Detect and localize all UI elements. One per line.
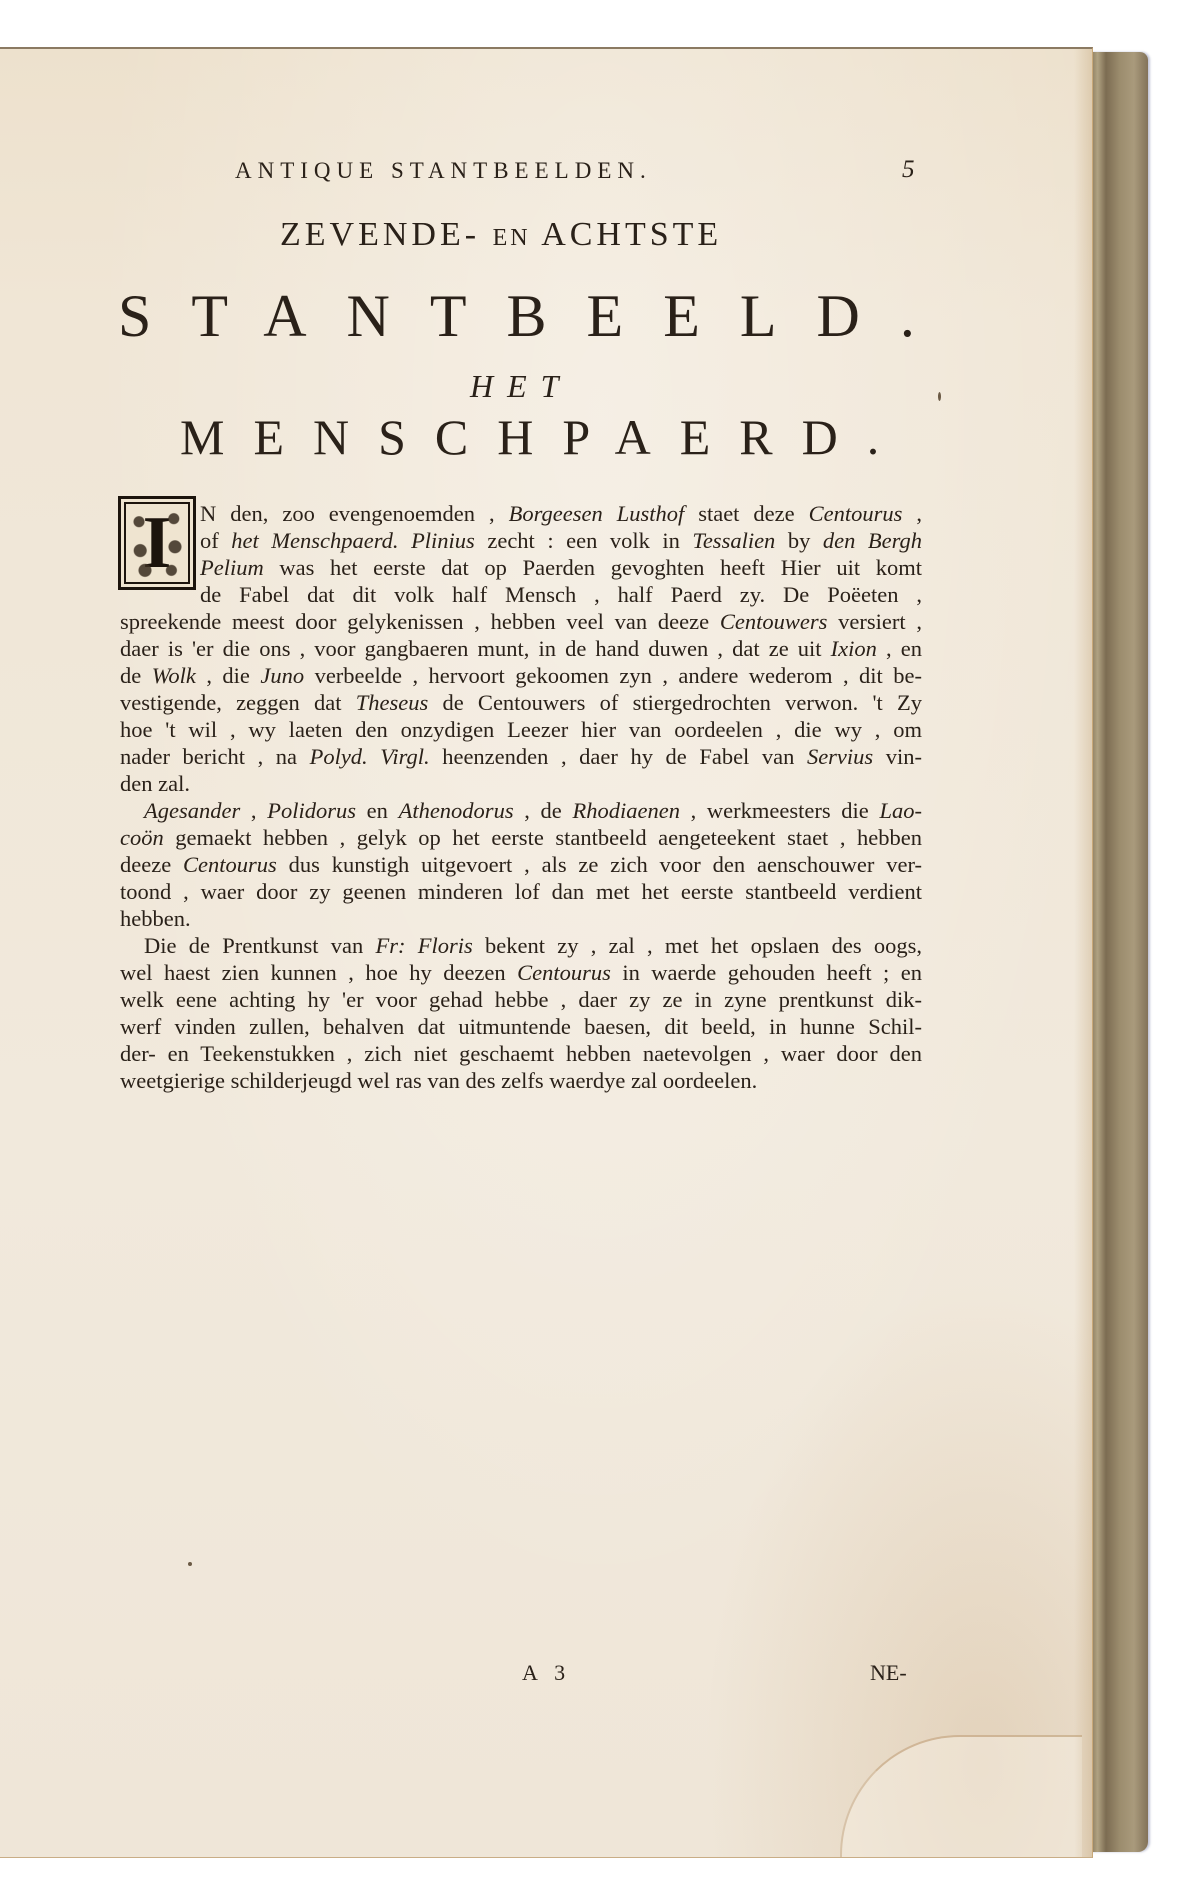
- subtitle-part-3: ACHTSTE: [541, 216, 722, 253]
- text-run: de Centouwers of stiergedrochten verwon.…: [428, 690, 922, 715]
- italic-term: Borgeesen Lusthof: [509, 501, 685, 526]
- text-run: weetgierige schilderjeugd wel ras van de…: [120, 1068, 757, 1093]
- text-run: ,: [240, 798, 267, 823]
- text-run: vin-: [873, 744, 922, 769]
- italic-term: Polyd. Virgl.: [310, 744, 430, 769]
- text-run: werf vinden zullen, behalven dat uitmunt…: [120, 1014, 922, 1039]
- text-line: werf vinden zullen, behalven dat uitmunt…: [120, 1013, 922, 1040]
- text-run: spreekende meest door gelykenissen , heb…: [120, 609, 720, 634]
- text-run: ,: [902, 501, 922, 526]
- text-line: de Wolk , die Juno verbeelde , hervoort …: [120, 662, 922, 689]
- italic-term: Polidorus: [267, 798, 356, 823]
- text-line: Agesander , Polidorus en Athenodorus , d…: [120, 797, 922, 824]
- text-run: , de: [514, 798, 573, 823]
- text-run: wel haest zien kunnen , hoe hy deezen: [120, 960, 517, 985]
- text-run: bekent zy , zal , met het opslaen des oo…: [473, 933, 922, 958]
- italic-term: het Menschpaerd.: [231, 528, 398, 553]
- signature-mark: A 3: [522, 1660, 571, 1686]
- italic-term: Agesander: [144, 798, 240, 823]
- italic-term: Lao-: [879, 798, 922, 823]
- italic-term: Centouwers: [720, 609, 828, 634]
- text-run: in waerde gehouden heeft ; en: [611, 960, 922, 985]
- running-head: ANTIQUE STANTBEELDEN.: [235, 158, 652, 184]
- text-run: der- en Teekenstukken , zich niet gescha…: [120, 1041, 922, 1066]
- italic-term: coön: [120, 825, 164, 850]
- italic-term: Theseus: [356, 690, 429, 715]
- text-run: staet deze: [684, 501, 808, 526]
- text-run: nader bericht , na: [120, 744, 310, 769]
- text-run: toond , waer door zy geenen minderen lof…: [120, 879, 922, 904]
- text-run: daer is 'er die ons , voor gangbaeren mu…: [120, 636, 831, 661]
- text-run: hoe 't wil , wy laeten den onzydigen Lee…: [120, 717, 922, 742]
- subtitle-part-1: ZEVENDE-: [280, 216, 480, 253]
- italic-term: Athenodorus: [399, 798, 514, 823]
- text-run: heenzenden , daer hy de Fabel van: [430, 744, 807, 769]
- text-run: de: [120, 663, 152, 688]
- text-run: , die: [196, 663, 260, 688]
- italic-term: Fr: Floris: [375, 933, 472, 958]
- text-run: N den, zoo evengenoemden ,: [200, 501, 509, 526]
- ink-speck: [938, 392, 941, 401]
- ink-speck: [188, 1562, 192, 1566]
- text-run: hebben.: [120, 906, 191, 931]
- title-sub: MENSCHPAERD.: [180, 408, 960, 466]
- text-run: gemaekt hebben , gelyk op het eerste sta…: [164, 825, 922, 850]
- body-text: N den, zoo evengenoemden , Borgeesen Lus…: [120, 500, 922, 1094]
- text-line: de Fabel dat dit volk half Mensch , half…: [200, 581, 922, 608]
- italic-term: Servius: [807, 744, 873, 769]
- text-run: de Fabel dat dit volk half Mensch , half…: [200, 582, 922, 607]
- text-run: en: [356, 798, 399, 823]
- text-run: [399, 528, 412, 553]
- text-run: of: [200, 528, 231, 553]
- text-line: daer is 'er die ons , voor gangbaeren mu…: [120, 635, 922, 662]
- text-run: was het eerste dat op Paerden gevoghten …: [264, 555, 922, 580]
- text-line: of het Menschpaerd. Plinius zecht : een …: [200, 527, 922, 554]
- italic-term: Centourus: [183, 852, 277, 877]
- italic-term: Plinius: [411, 528, 475, 553]
- italic-term: Wolk: [152, 663, 196, 688]
- italic-term: Centourus: [809, 501, 903, 526]
- text-run: dus kunstigh uitgevoert , als ze zich vo…: [277, 852, 922, 877]
- text-line: N den, zoo evengenoemden , Borgeesen Lus…: [200, 500, 922, 527]
- italic-term: den Bergh: [823, 528, 922, 553]
- text-run: , werkmeesters die: [680, 798, 880, 823]
- text-run: by: [775, 528, 823, 553]
- text-run: verbeelde , hervoort gekoomen zyn , ande…: [304, 663, 922, 688]
- text-line: deeze Centourus dus kunstigh uitgevoert …: [120, 851, 922, 878]
- water-stain: [840, 1735, 1082, 1857]
- text-run: versiert ,: [827, 609, 922, 634]
- text-line: hebben.: [120, 905, 922, 932]
- italic-term: Rhodiaenen: [572, 798, 679, 823]
- title-main: STANTBEELD.: [118, 282, 938, 351]
- text-line: spreekende meest door gelykenissen , heb…: [120, 608, 922, 635]
- text-line: toond , waer door zy geenen minderen lof…: [120, 878, 922, 905]
- italic-term: Pelium: [200, 555, 264, 580]
- italic-term: Tessalien: [692, 528, 775, 553]
- text-run: Die de Prentkunst van: [144, 933, 375, 958]
- text-run: den zal.: [120, 771, 190, 796]
- text-run: zecht : een volk in: [475, 528, 693, 553]
- text-line: nader bericht , na Polyd. Virgl. heenzen…: [120, 743, 922, 770]
- text-line: vestigende, zeggen dat Theseus de Centou…: [120, 689, 922, 716]
- text-line: weetgierige schilderjeugd wel ras van de…: [120, 1067, 922, 1094]
- italic-term: Ixion: [831, 636, 877, 661]
- text-line: den zal.: [120, 770, 922, 797]
- italic-term: Centourus: [517, 960, 611, 985]
- italic-term: Juno: [260, 663, 304, 688]
- page-number: 5: [902, 156, 915, 184]
- text-line: Pelium was het eerste dat op Paerden gev…: [200, 554, 922, 581]
- subtitle-part-2: EN: [493, 225, 531, 251]
- text-line: Die de Prentkunst van Fr: Floris bekent …: [120, 932, 922, 959]
- text-run: vestigende, zeggen dat: [120, 690, 356, 715]
- chapter-subtitle: ZEVENDE- EN ACHTSTE: [280, 216, 722, 254]
- title-article: HET: [470, 368, 572, 405]
- text-line: der- en Teekenstukken , zich niet gescha…: [120, 1040, 922, 1067]
- text-line: coön gemaekt hebben , gelyk op het eerst…: [120, 824, 922, 851]
- text-run: welk eene achting hy 'er voor gehad hebb…: [120, 987, 922, 1012]
- text-line: welk eene achting hy 'er voor gehad hebb…: [120, 986, 922, 1013]
- catchword: NE-: [870, 1660, 907, 1686]
- text-line: hoe 't wil , wy laeten den onzydigen Lee…: [120, 716, 922, 743]
- text-run: deeze: [120, 852, 183, 877]
- text-line: wel haest zien kunnen , hoe hy deezen Ce…: [120, 959, 922, 986]
- text-run: , en: [877, 636, 922, 661]
